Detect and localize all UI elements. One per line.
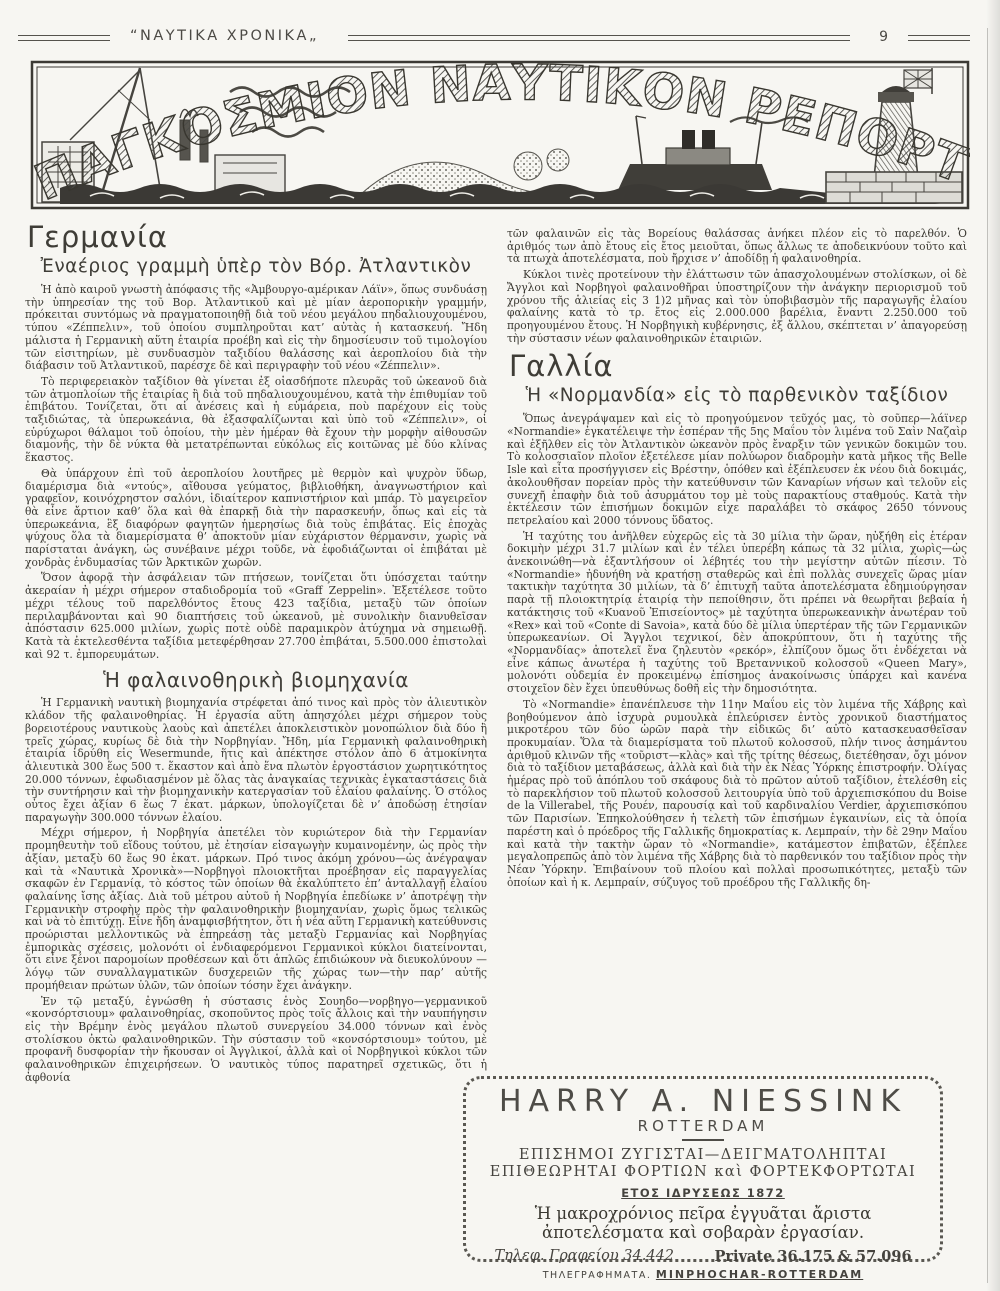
banner-illustration: ΠΑΓΚΟΣΜΙΟΝ ΝΑΥΤΙΚΟΝ ΡΕΠΟΡΤΑΖ	[30, 60, 970, 210]
article-column-left: Γερμανία Ἐναέριος γραμμὴ ὑπὲρ τὸν Βόρ. Ἀ…	[25, 222, 487, 1087]
masthead-rule-right	[908, 35, 970, 41]
paragraph-continuation: τῶν φαλαινῶν εἰς τὰς Βορείους θαλάσσας ἀ…	[507, 228, 967, 266]
ad-phones: Τηλεφ. Γραφείου 34.442 Private 36.175 & …	[494, 1248, 911, 1265]
ad-divider	[682, 1139, 724, 1141]
section-heading-germany: Γερμανία	[27, 222, 487, 252]
masthead-rule-middle	[348, 35, 850, 41]
subheading-air-line: Ἐναέριος γραμμὴ ὑπὲρ τὸν Βόρ. Ἀτλαντικὸν	[25, 256, 487, 278]
paragraph: Ἐν τῷ μεταξύ, ἐγνώσθη ἡ σύστασις ἑνὸς Σο…	[25, 996, 487, 1085]
ad-phone-private: Private 36.175 & 57.096	[715, 1248, 912, 1265]
masthead-rule-left	[18, 35, 110, 41]
ad-founded-year: ΕΤΟΣ ΙΔΡΥΣΕΩΣ 1872	[621, 1186, 785, 1200]
paragraph: Τὸ περιφερειακὸν ταξίδιον θὰ γίνεται ἐξ …	[25, 376, 487, 465]
page-edge-shadow	[987, 28, 988, 1283]
ad-telegram-address: MINPHOCHAR-ROTTERDAM	[656, 1268, 863, 1281]
paragraph: Ἡ ταχύτης του ἀνῆλθεν εὐχερῶς εἰς τὰ 30 …	[507, 531, 967, 696]
article-column-right: τῶν φαλαινῶν εἰς τὰς Βορείους θαλάσσας ἀ…	[507, 228, 967, 892]
paragraph: Ὅπως ἀνεγράψαμεν καὶ εἰς τὸ προηγούμενον…	[507, 413, 967, 527]
paragraph: Μέχρι σήμερον, ἡ Νορβηγία ἀπετέλει τὸν κ…	[25, 827, 487, 992]
masthead: “ΝΑΥΤΙΚΑ ΧΡΟΝΙΚΑ„ 9	[18, 28, 970, 46]
paragraph: Τὸ «Normandie» ἐπανέπλευσε τὴν 11ην Μαΐο…	[507, 699, 967, 890]
paragraph: Κύκλοι τινὲς προτείνουν τὴν ἐλάττωσιν τῶ…	[507, 269, 967, 345]
bush	[547, 149, 569, 171]
page-number: 9	[879, 29, 888, 45]
flag	[904, 68, 932, 94]
ad-services-line1: ΕΠΙΣΗΜΟΙ ΖΥΓΙΣΤΑΙ—ΔΕΙΓΜΑΤΟΛΗΠΤΑΙ	[519, 1147, 887, 1164]
paragraph: Ὅσον ἀφορᾷ τὴν ἀσφάλειαν τῶν πτήσεων, το…	[25, 572, 487, 661]
ad-services-line2: ΕΠΙΘΕΩΡΗΤΑΙ ΦΟΡΤΙΩΝ καὶ ΦΟΡΤΕΚΦΟΡΤΩΤΑΙ	[490, 1164, 916, 1181]
ad-telegram-line: ΤΗΛΕΓΡΑΦΗΜΑΤΑ. MINPHOCHAR-ROTTERDAM	[543, 1268, 864, 1281]
subheading-normandie: Ἡ «Νορμανδία» εἰς τὸ παρθενικὸν ταξίδιον	[507, 385, 967, 407]
ad-city: ROTTERDAM	[638, 1117, 769, 1135]
paragraph: Ἡ Γερμανικὴ ναυτικὴ βιομηχανία στρέφεται…	[25, 697, 487, 824]
magazine-page: “ΝΑΥΤΙΚΑ ΧΡΟΝΙΚΑ„ 9	[0, 0, 1000, 1291]
ad-phone-office: Τηλεφ. Γραφείου 34.442	[494, 1248, 674, 1265]
ad-telegram-label: ΤΗΛΕΓΡΑΦΗΜΑΤΑ.	[543, 1270, 652, 1281]
paragraph: Θὰ ὑπάρχουν ἐπὶ τοῦ ἀεροπλοίου λουτῆρες …	[25, 468, 487, 570]
paragraph: Ἡ ἀπὸ καιροῦ γνωστὴ ἀπόφασις τῆς «Ἀμβουρ…	[25, 284, 487, 373]
subheading-whaling-industry: Ἡ φαλαινοθηρικὴ βιομηχανία	[25, 669, 487, 691]
ad-company-name: HARRY A. NIESSINK	[499, 1086, 907, 1117]
ad-slogan-line2: ἀποτελέσματα καὶ σοβαρὰν ἐργασίαν.	[542, 1223, 864, 1242]
ad-slogan-line1: Ἡ μακροχρόνιος πεῖρα ἐγγυᾶται ἄριστα	[535, 1204, 872, 1223]
section-heading-france: Γαλλία	[509, 351, 967, 381]
bush	[514, 152, 542, 180]
advertisement-niessink: HARRY A. NIESSINK ROTTERDAM ΕΠΙΣΗΜΟΙ ΖΥΓ…	[463, 1076, 943, 1262]
magazine-title: “ΝΑΥΤΙΚΑ ΧΡΟΝΙΚΑ„	[130, 28, 319, 44]
